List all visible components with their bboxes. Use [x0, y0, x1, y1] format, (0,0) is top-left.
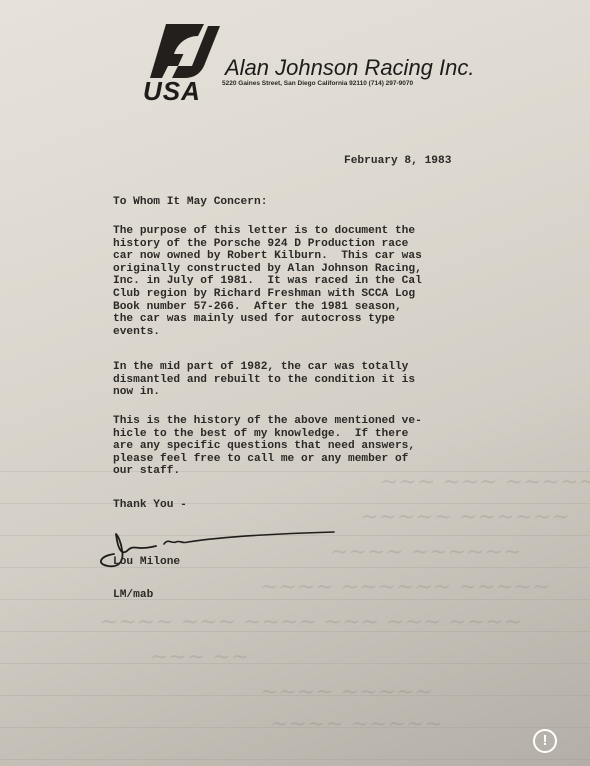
letter-page: ~~~ ~~~ ~~~~~ ~~~~~ ~~~~~~ ~~~~ ~~~~~~ ~…: [0, 0, 590, 766]
reverse-side-showthrough: ~~~~~ ~~~~~~: [360, 505, 570, 530]
body-paragraph: The purpose of this letter is to documen…: [113, 225, 422, 338]
letter-date: February 8, 1983: [344, 155, 451, 168]
reverse-side-showthrough: ~~~~ ~~~~~: [260, 680, 433, 705]
reference-initials: LM/mab: [113, 589, 153, 602]
reverse-side-showthrough: ~~~~ ~~~ ~~~~ ~~~ ~~~ ~~~~: [100, 610, 522, 635]
closing: Thank You -: [113, 499, 187, 512]
exclamation-circle-icon[interactable]: !: [533, 729, 557, 753]
logo-usa-text: USA: [143, 76, 201, 107]
body-paragraph: In the mid part of 1982, the car was tot…: [113, 361, 415, 399]
signer-name: Lou Milone: [113, 556, 180, 569]
alert-glyph: !: [543, 732, 548, 749]
salutation: To Whom It May Concern:: [113, 196, 267, 209]
reverse-side-showthrough: ~~~ ~~: [150, 645, 249, 670]
company-name: Alan Johnson Racing Inc.: [225, 55, 475, 81]
company-address: 5220 Gaines Street, San Diego California…: [222, 80, 413, 87]
body-paragraph: This is the history of the above mention…: [113, 415, 422, 478]
ruled-lines-showthrough: [0, 440, 590, 766]
reverse-side-showthrough: ~~~~ ~~~~~~ ~~~~~: [260, 575, 551, 600]
reverse-side-showthrough: ~~~~ ~~~~~~: [330, 540, 521, 565]
reverse-side-showthrough: ~~~~ ~~~~~: [270, 712, 443, 737]
ajr-logo-icon: [148, 22, 232, 84]
